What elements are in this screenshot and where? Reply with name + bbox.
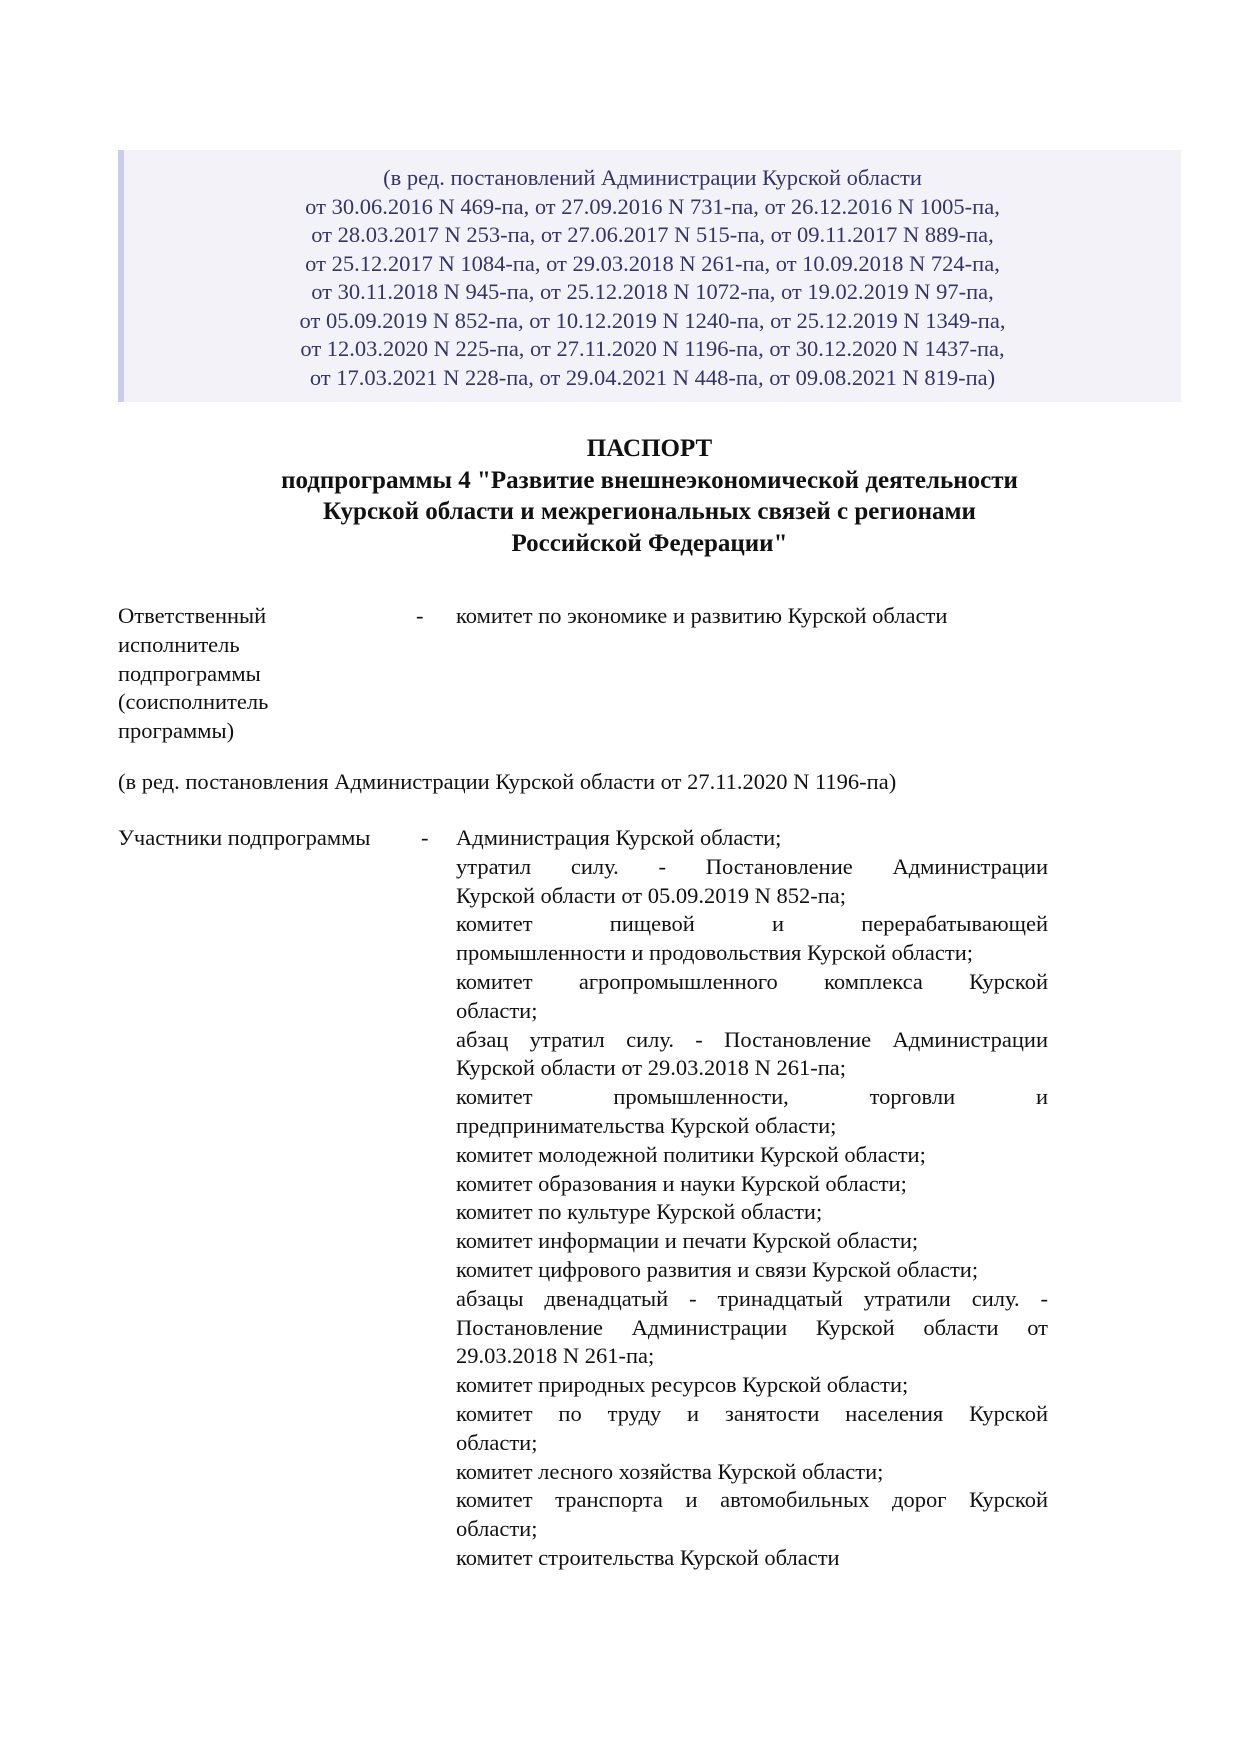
revision-line: от 30.11.2018 N 945-па, от 25.12.2018 N …: [124, 278, 1181, 307]
revision-line: (в ред. постановлений Администрации Курс…: [124, 164, 1181, 193]
participant-line: комитет информации и печати Курской обла…: [456, 1227, 1048, 1256]
revision-line: от 05.09.2019 N 852-па, от 10.12.2019 N …: [124, 307, 1181, 336]
revision-history-banner: (в ред. постановлений Администрации Курс…: [118, 150, 1181, 402]
title-subtitle-line: подпрограммы 4 "Развитие внешнеэкономиче…: [118, 465, 1181, 497]
participant-line: комитет по труду и занятости населения К…: [456, 1400, 1048, 1429]
participant-line: комитет природных ресурсов Курской облас…: [456, 1371, 1048, 1400]
participant-line: комитет по культуре Курской области;: [456, 1198, 1048, 1227]
participant-line: промышленности и продовольствия Курской …: [456, 939, 1048, 968]
participant-line: области;: [456, 1429, 1048, 1458]
document-title: ПАСПОРТ подпрограммы 4 "Развитие внешнеэ…: [118, 433, 1181, 559]
participant-line: абзацы двенадцатый - тринадцатый утратил…: [456, 1285, 1048, 1314]
participant-line: Курской области от 05.09.2019 N 852-па;: [456, 882, 1048, 911]
responsible-amendment-note: (в ред. постановления Администрации Курс…: [118, 768, 896, 797]
participant-line: Администрация Курской области;: [456, 824, 1048, 853]
participant-line: утратил силу. - Постановление Администра…: [456, 853, 1048, 882]
participant-line: комитет промышленности, торговли и: [456, 1083, 1048, 1112]
participant-line: комитет пищевой и перерабатывающей: [456, 910, 1048, 939]
separator-dash: -: [421, 824, 429, 853]
responsible-executor-label: Ответственный исполнитель подпрограммы (…: [118, 602, 378, 746]
responsible-executor-value: комитет по экономике и развитию Курской …: [456, 602, 1048, 631]
title-subtitle-line: Российской Федерации": [118, 528, 1181, 560]
participant-line: абзац утратил силу. - Постановление Адми…: [456, 1026, 1048, 1055]
document-page: (в ред. постановлений Администрации Курс…: [0, 0, 1240, 1754]
participant-line: комитет лесного хозяйства Курской област…: [456, 1458, 1048, 1487]
title-heading: ПАСПОРТ: [118, 433, 1181, 465]
participant-line: комитет молодежной политики Курской обла…: [456, 1141, 1048, 1170]
revision-line: от 25.12.2017 N 1084-па, от 29.03.2018 N…: [124, 250, 1181, 279]
revision-line: от 30.06.2016 N 469-па, от 27.09.2016 N …: [124, 193, 1181, 222]
participant-line: области;: [456, 997, 1048, 1026]
participant-line: комитет строительства Курской области: [456, 1544, 1048, 1573]
separator-dash: -: [416, 602, 424, 631]
participants-label: Участники подпрограммы: [118, 824, 378, 853]
participant-line: комитет агропромышленного комплекса Курс…: [456, 968, 1048, 997]
participant-line: комитет образования и науки Курской обла…: [456, 1170, 1048, 1199]
revision-line: от 12.03.2020 N 225-па, от 27.11.2020 N …: [124, 335, 1181, 364]
participant-line: Постановление Администрации Курской обла…: [456, 1314, 1048, 1343]
participant-line: комитет цифрового развития и связи Курск…: [456, 1256, 1048, 1285]
participant-line: предпринимательства Курской области;: [456, 1112, 1048, 1141]
participant-line: Курской области от 29.03.2018 N 261-па;: [456, 1054, 1048, 1083]
participant-line: области;: [456, 1515, 1048, 1544]
participant-line: 29.03.2018 N 261-па;: [456, 1342, 1048, 1371]
participants-list: Администрация Курской области;утратил си…: [456, 824, 1048, 1573]
revision-line: от 28.03.2017 N 253-па, от 27.06.2017 N …: [124, 221, 1181, 250]
revision-line: от 17.03.2021 N 228-па, от 29.04.2021 N …: [124, 364, 1181, 393]
title-subtitle-line: Курской области и межрегиональных связей…: [118, 496, 1181, 528]
participant-line: комитет транспорта и автомобильных дорог…: [456, 1486, 1048, 1515]
